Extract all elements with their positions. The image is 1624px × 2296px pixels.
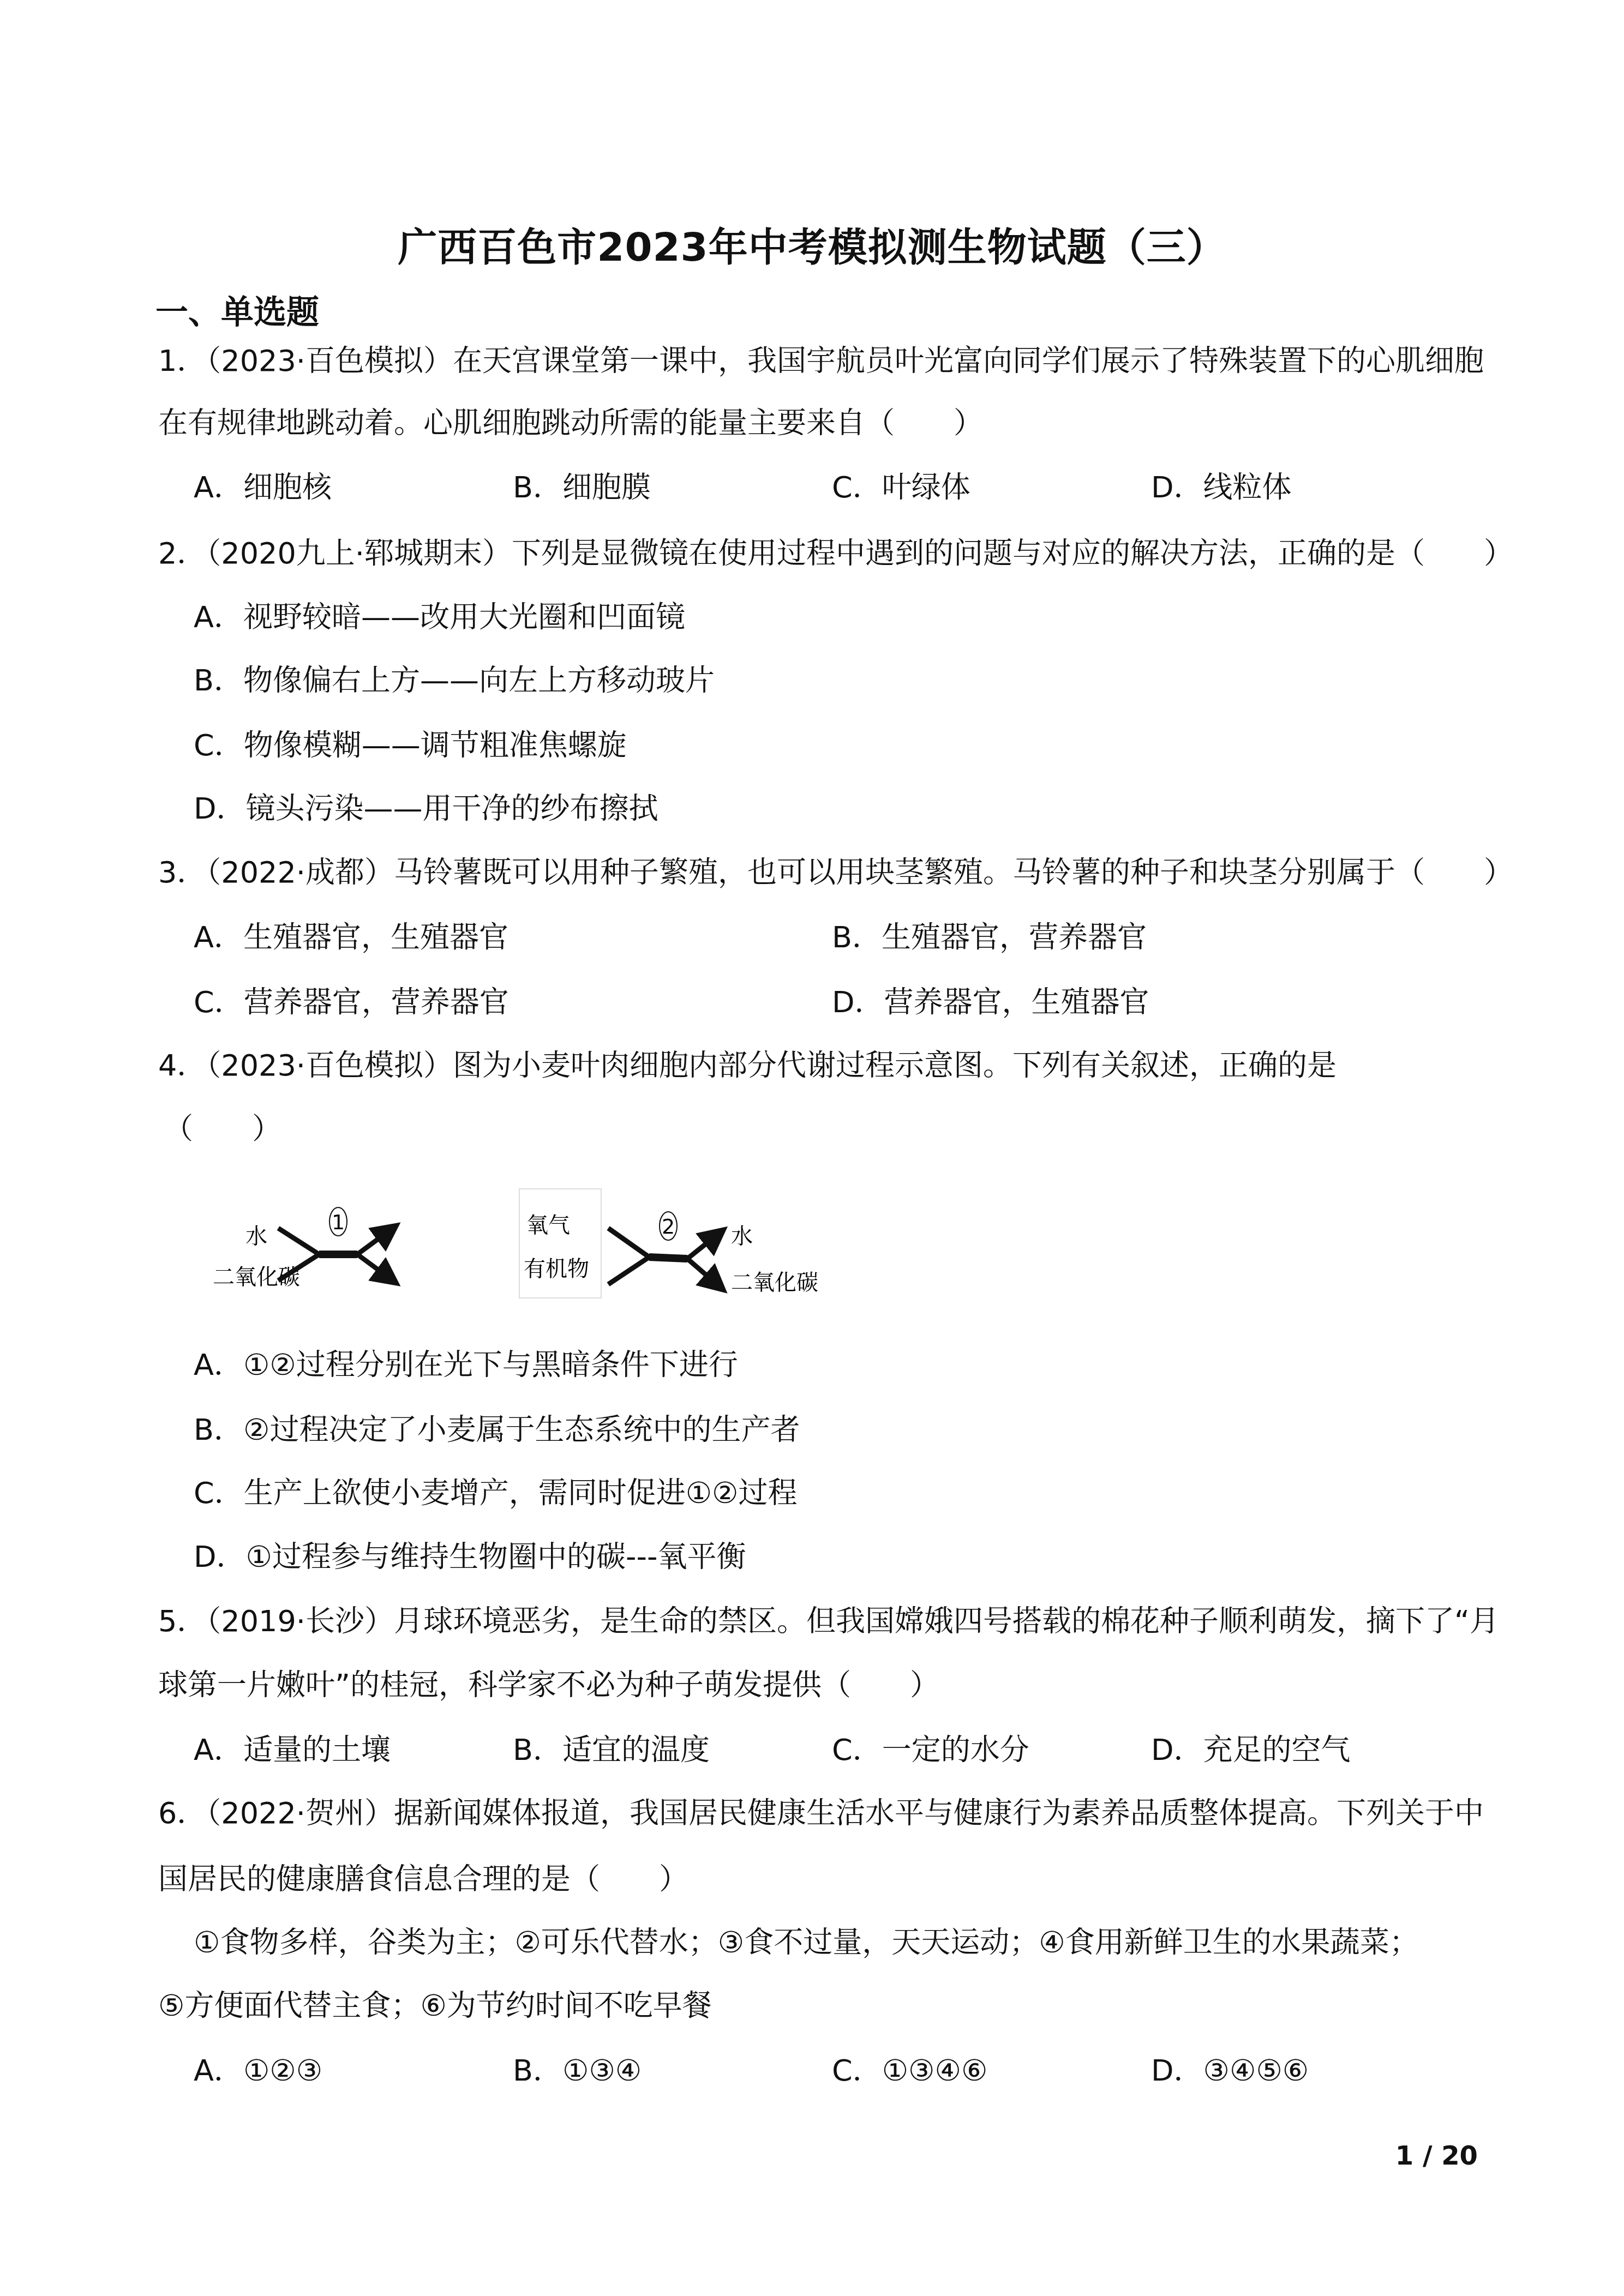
label-water-out: 水 [731, 1224, 753, 1249]
question-3-option-d: D．营养器官，生殖器官 [832, 983, 1149, 1021]
label-water-in: 水 [245, 1224, 267, 1249]
question-6-line-2: 国居民的健康膳食信息合理的是（ ） [158, 1860, 688, 1898]
question-1-option-c: C．叶绿体 [832, 468, 970, 507]
question-5-option-b: B．适宜的温度 [513, 1731, 710, 1769]
question-3-option-a: A．生殖器官，生殖器官 [194, 918, 508, 957]
question-4-option-c: C．生产上欲使小麦增产，需同时促进①②过程 [194, 1474, 798, 1512]
question-3-line-1: 3．（2022·成都）马铃薯既可以用种子繁殖，也可以用块茎繁殖。马铃薯的种子和块… [158, 854, 1513, 892]
question-6-statements-line-2: ⑤方便面代替主食；⑥为节约时间不吃早餐 [158, 1987, 712, 2025]
question-4-line-1: 4．（2023·百色模拟）图为小麦叶肉细胞内部分代谢过程示意图。下列有关叙述，正… [158, 1047, 1337, 1085]
question-2-option-c: C．物像模糊——调节粗准焦螺旋 [194, 726, 627, 765]
question-1-line-2: 在有规律地跳动着。心肌细胞跳动所需的能量主要来自（ ） [158, 404, 983, 442]
question-3-option-b: B．生殖器官，营养器官 [832, 918, 1147, 957]
question-4-option-d: D．①过程参与维持生物圈中的碳---氧平衡 [194, 1538, 746, 1576]
question-6-option-c: C．①③④⑥ [832, 2052, 987, 2090]
question-5-line-1: 5．（2019·长沙）月球环境恶劣，是生命的禁区。但我国嫦娥四号搭载的棉花种子顺… [158, 1602, 1499, 1640]
question-1-line-1: 1．（2023·百色模拟）在天宫课堂第一课中，我国宇航员叶光富向同学们展示了特殊… [158, 342, 1484, 380]
question-1-option-a: A．细胞核 [194, 468, 332, 507]
question-3-option-c: C．营养器官，营养器官 [194, 983, 509, 1021]
question-2-option-b: B．物像偏右上方——向左上方移动玻片 [194, 662, 715, 700]
question-2-option-d: D．镜头污染——用干净的纱布擦拭 [194, 790, 658, 828]
question-6-statements-line-1: ①食物多样，谷类为主；②可乐代替水；③食不过量，天天运动；④食用新鲜卫生的水果蔬… [194, 1924, 1419, 1962]
section-heading: 一、单选题 [155, 286, 319, 333]
question-4-option-b: B．②过程决定了小麦属于生态系统中的生产者 [194, 1411, 800, 1449]
question-6-option-d: D．③④⑤⑥ [1151, 2052, 1309, 2090]
question-5-line-2: 球第一片嫩叶”的桂冠，科学家不必为种子萌发提供（ ） [158, 1666, 939, 1704]
label-oxygen: 氧气 [526, 1213, 570, 1238]
question-4-option-a: A．①②过程分别在光下与黑暗条件下进行 [194, 1346, 738, 1384]
process-2-label: 2 [662, 1215, 675, 1239]
question-2-option-a: A．视野较暗——改用大光圈和凹面镜 [194, 598, 685, 636]
question-1-option-d: D．线粒体 [1151, 468, 1292, 507]
page-title: 广西百色市2023年中考模拟测生物试题（三） [0, 215, 1624, 272]
process-1-label: 1 [332, 1210, 345, 1234]
question-6-line-1: 6．（2022·贺州）据新闻媒体报道，我国居民健康生活水平与健康行为素养品质整体… [158, 1794, 1484, 1832]
question-5-option-d: D．充足的空气 [1151, 1731, 1351, 1769]
question-5-option-c: C．一定的水分 [832, 1731, 1029, 1769]
question-2-line-1: 2．（2020九上·郓城期末）下列是显微镜在使用过程中遇到的问题与对应的解决方法… [158, 534, 1513, 573]
question-5-option-a: A．适量的土壤 [194, 1731, 391, 1769]
page-number: 1 / 20 [1395, 2141, 1478, 2171]
question-6-option-a: A．①②③ [194, 2052, 322, 2090]
question-4-line-2: （ ） [164, 1110, 281, 1148]
label-co2-out: 二氧化碳 [731, 1270, 818, 1295]
middle-box [519, 1189, 601, 1298]
metabolism-diagram: 水 二氧化碳 1 氧气 有机物 2 水 二氧化碳 [207, 1183, 884, 1309]
label-organic-matter: 有机物 [524, 1257, 589, 1282]
question-1-option-b: B．细胞膜 [513, 468, 651, 507]
question-6-option-b: B．①③④ [513, 2052, 642, 2090]
